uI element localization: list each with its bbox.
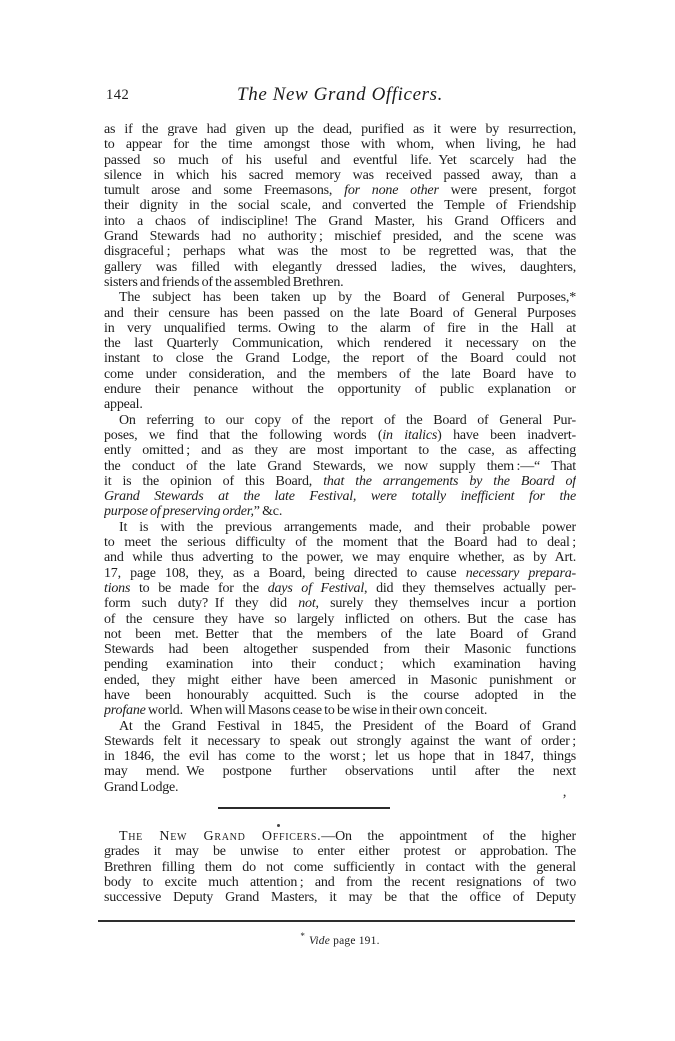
- footnote-text: Vide page 191.: [309, 934, 380, 946]
- footnote-rule: [98, 920, 575, 922]
- body-paragraphs: as if the grave had given up the dead, p…: [104, 122, 576, 795]
- text-line: 17, page 108, they, as a Board, being di…: [104, 566, 576, 581]
- text-line: sisters and friends of the assembled Bre…: [104, 275, 576, 290]
- text-line: and their censure has been passed on the…: [104, 306, 576, 321]
- scan-artifact-mark: ’: [562, 792, 567, 809]
- text-line: poses, we find that the following words …: [104, 428, 576, 443]
- text-line: Brethren filling them do not come suffic…: [104, 860, 576, 875]
- text-line: form such duty? If they did not, surely …: [104, 596, 576, 611]
- text-line: in very unqualified terms. Owing to the …: [104, 321, 576, 336]
- section-divider: [218, 807, 390, 809]
- text-line: to appear for the time amongst those wit…: [104, 137, 576, 152]
- page-header: 142 The New Grand Officers.: [104, 84, 576, 108]
- text-line: as if the grave had given up the dead, p…: [104, 122, 576, 137]
- text-line: Grand Lodge.: [104, 780, 576, 795]
- text-line: The subject has been taken up by the Boa…: [104, 290, 576, 305]
- text-line: the conduct of the late Grand Stewards, …: [104, 459, 576, 474]
- text-line: in 1846, the evil has come to the worst …: [104, 749, 576, 764]
- document-page: 142 The New Grand Officers. as if the gr…: [0, 0, 675, 1041]
- text-line: tumult arose and some Freemasons, for no…: [104, 183, 576, 198]
- text-line: The New Grand Officers.—On the appointme…: [104, 829, 576, 844]
- text-line: profane world. When will Masons cease to…: [104, 703, 576, 718]
- lower-paragraphs: The New Grand Officers.—On the appointme…: [104, 829, 576, 905]
- text-line: body to excite much attention ; and from…: [104, 875, 576, 890]
- text-line: to meet the serious difficulty of the mo…: [104, 535, 576, 550]
- text-line: ended, they might either have been amerc…: [104, 673, 576, 688]
- footnote-marker: *: [300, 931, 305, 941]
- text-line: Grand Stewards at the late Festival, wer…: [104, 489, 576, 504]
- text-line: instant to close the Grand Lodge, the re…: [104, 351, 576, 366]
- text-line: At the Grand Festival in 1845, the Presi…: [104, 719, 576, 734]
- text-line: it is the opinion of this Board, that th…: [104, 474, 576, 489]
- text-line: successive Deputy Grand Masters, it may …: [104, 890, 576, 905]
- text-line: tions to be made for the days of Festiva…: [104, 581, 576, 596]
- text-line: have been honourably acquitted. Such is …: [104, 688, 576, 703]
- page-title: The New Grand Officers.: [104, 84, 576, 106]
- text-line: into a chaos of indiscipline! The Grand …: [104, 214, 576, 229]
- scan-artifact-dot: [277, 824, 280, 827]
- text-line: disgraceful ; perhaps what was the most …: [104, 244, 576, 259]
- text-line: silence in which his sacred memory was r…: [104, 168, 576, 183]
- text-line: the last Quarterly Communication, which …: [104, 336, 576, 351]
- text-line: of the censure they have so largely infl…: [104, 612, 576, 627]
- text-line: ently omitted ; and as they are most imp…: [104, 443, 576, 458]
- text-line: their dignity in the social scale, and c…: [104, 198, 576, 213]
- text-line: On referring to our copy of the report o…: [104, 413, 576, 428]
- text-line: come under consideration, and the member…: [104, 367, 576, 382]
- text-line: and while thus adverting to the power, w…: [104, 550, 576, 565]
- page-number: 142: [106, 87, 129, 104]
- text-line: passed so much of his useful and eventfu…: [104, 153, 576, 168]
- text-line: endure their penance without the opportu…: [104, 382, 576, 397]
- text-line: Stewards had been altogether suspended f…: [104, 642, 576, 657]
- text-line: not been met. Better that the members of…: [104, 627, 576, 642]
- text-line: gallery was filled with elegantly dresse…: [104, 260, 576, 275]
- text-line: Stewards felt it necessary to speak out …: [104, 734, 576, 749]
- text-line: grades it may be unwise to enter either …: [104, 844, 576, 859]
- text-line: may mend. We postpone further observatio…: [104, 764, 576, 779]
- text-line: purpose of preserving order,” &c.: [104, 504, 576, 519]
- text-line: appeal.: [104, 397, 576, 412]
- text-line: It is with the previous arrangements mad…: [104, 520, 576, 535]
- text-line: Grand Stewards had no authority ; mischi…: [104, 229, 576, 244]
- footnote: *Vide page 191.: [104, 931, 576, 947]
- text-line: pending examination into their conduct ;…: [104, 657, 576, 672]
